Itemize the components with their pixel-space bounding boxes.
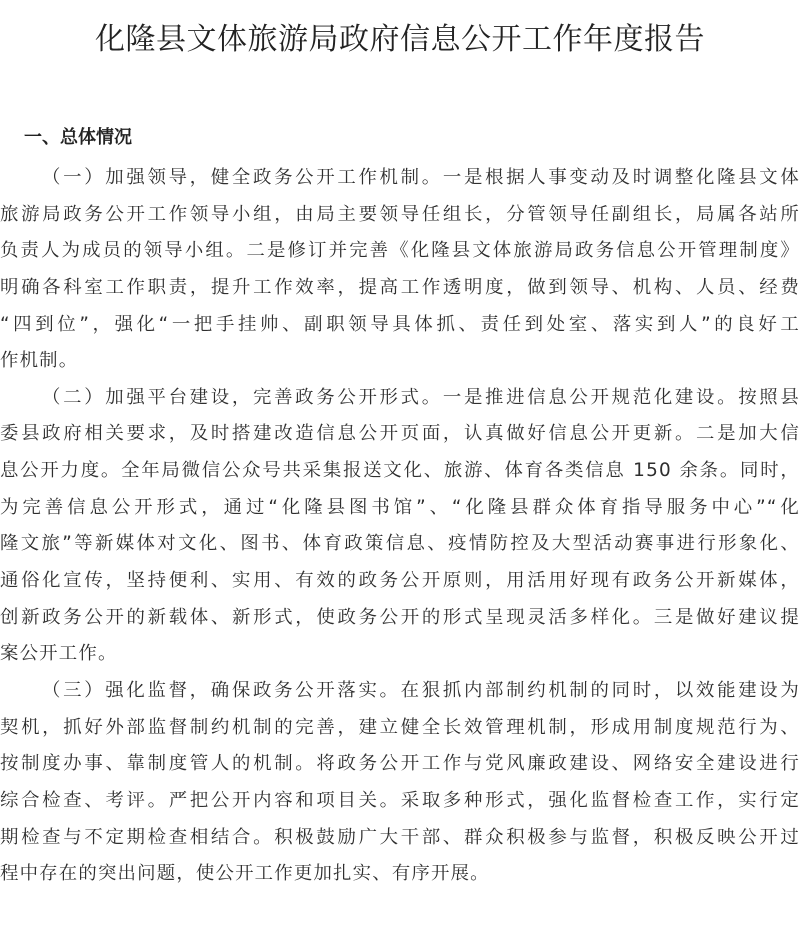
section-heading-overview: 一、总体情况 — [24, 126, 132, 150]
paragraph-platform-construction: （二）加强平台建设，完善政务公开形式。一是推进信息公开规范化建设。按照县 委县政… — [0, 380, 800, 673]
paragraph-strengthen-supervision: （三）强化监督，确保政务公开落实。在狠抓内部制约机制的同时，以效能建设为 契机，… — [0, 673, 800, 893]
paragraph-line: 作机制。 — [0, 343, 800, 380]
paragraph-line: 为完善信息公开形式，通过“化隆县图书馆”、“化隆县群众体育指导服务中心”“化 — [0, 490, 800, 527]
paragraph-line: 明确各科室工作职责，提升工作效率，提高工作透明度，做到领导、机构、人员、经费 — [0, 270, 800, 307]
paragraph-line: 旅游局政务公开工作领导小组，由局主要领导任组长，分管领导任副组长，局属各站所 — [0, 197, 800, 234]
paragraph-line: （二）加强平台建设，完善政务公开形式。一是推进信息公开规范化建设。按照县 — [0, 380, 800, 417]
document-title: 化隆县文体旅游局政府信息公开工作年度报告 — [0, 20, 800, 60]
paragraph-line: （一）加强领导，健全政务公开工作机制。一是根据人事变动及时调整化隆县文体 — [0, 160, 800, 197]
paragraph-line: 息公开力度。全年局微信公众号共采集报送文化、旅游、体育各类信息 150 余条。同… — [0, 453, 800, 490]
paragraph-line: 创新政务公开的新载体、新形式，使政务公开的形式呈现灵活多样化。三是做好建议提 — [0, 600, 800, 637]
paragraph-strengthen-leadership: （一）加强领导，健全政务公开工作机制。一是根据人事变动及时调整化隆县文体 旅游局… — [0, 160, 800, 380]
paragraph-line: 通俗化宣传，坚持便利、实用、有效的政务公开原则，用活用好现有政务公开新媒体， — [0, 563, 800, 600]
paragraph-line: 按制度办事、靠制度管人的机制。将政务公开工作与党风廉政建设、网络安全建设进行 — [0, 746, 800, 783]
paragraph-line: （三）强化监督，确保政务公开落实。在狠抓内部制约机制的同时，以效能建设为 — [0, 673, 800, 710]
paragraph-line: 综合检查、考评。严把公开内容和项目关。采取多种形式，强化监督检查工作，实行定 — [0, 783, 800, 820]
paragraph-line: 程中存在的突出问题，使公开工作更加扎实、有序开展。 — [0, 856, 800, 893]
paragraph-line: 委县政府相关要求，及时搭建改造信息公开页面，认真做好信息公开更新。二是加大信 — [0, 416, 800, 453]
paragraph-line: 负责人为成员的领导小组。二是修订并完善《化隆县文体旅游局政务信息公开管理制度》 — [0, 233, 800, 270]
paragraph-line: 契机，抓好外部监督制约机制的完善，建立健全长效管理机制，形成用制度规范行为、 — [0, 710, 800, 747]
paragraph-line: 隆文旅”等新媒体对文化、图书、体育政策信息、疫情防控及大型活动赛事进行形象化、 — [0, 526, 800, 563]
paragraph-line: “四到位”，强化“一把手挂帅、副职领导具体抓、责任到处室、落实到人”的良好工 — [0, 307, 800, 344]
paragraph-line: 期检查与不定期检查相结合。积极鼓励广大干部、群众积极参与监督，积极反映公开过 — [0, 820, 800, 857]
paragraph-line: 案公开工作。 — [0, 636, 800, 673]
document-body: （一）加强领导，健全政务公开工作机制。一是根据人事变动及时调整化隆县文体 旅游局… — [0, 160, 800, 893]
